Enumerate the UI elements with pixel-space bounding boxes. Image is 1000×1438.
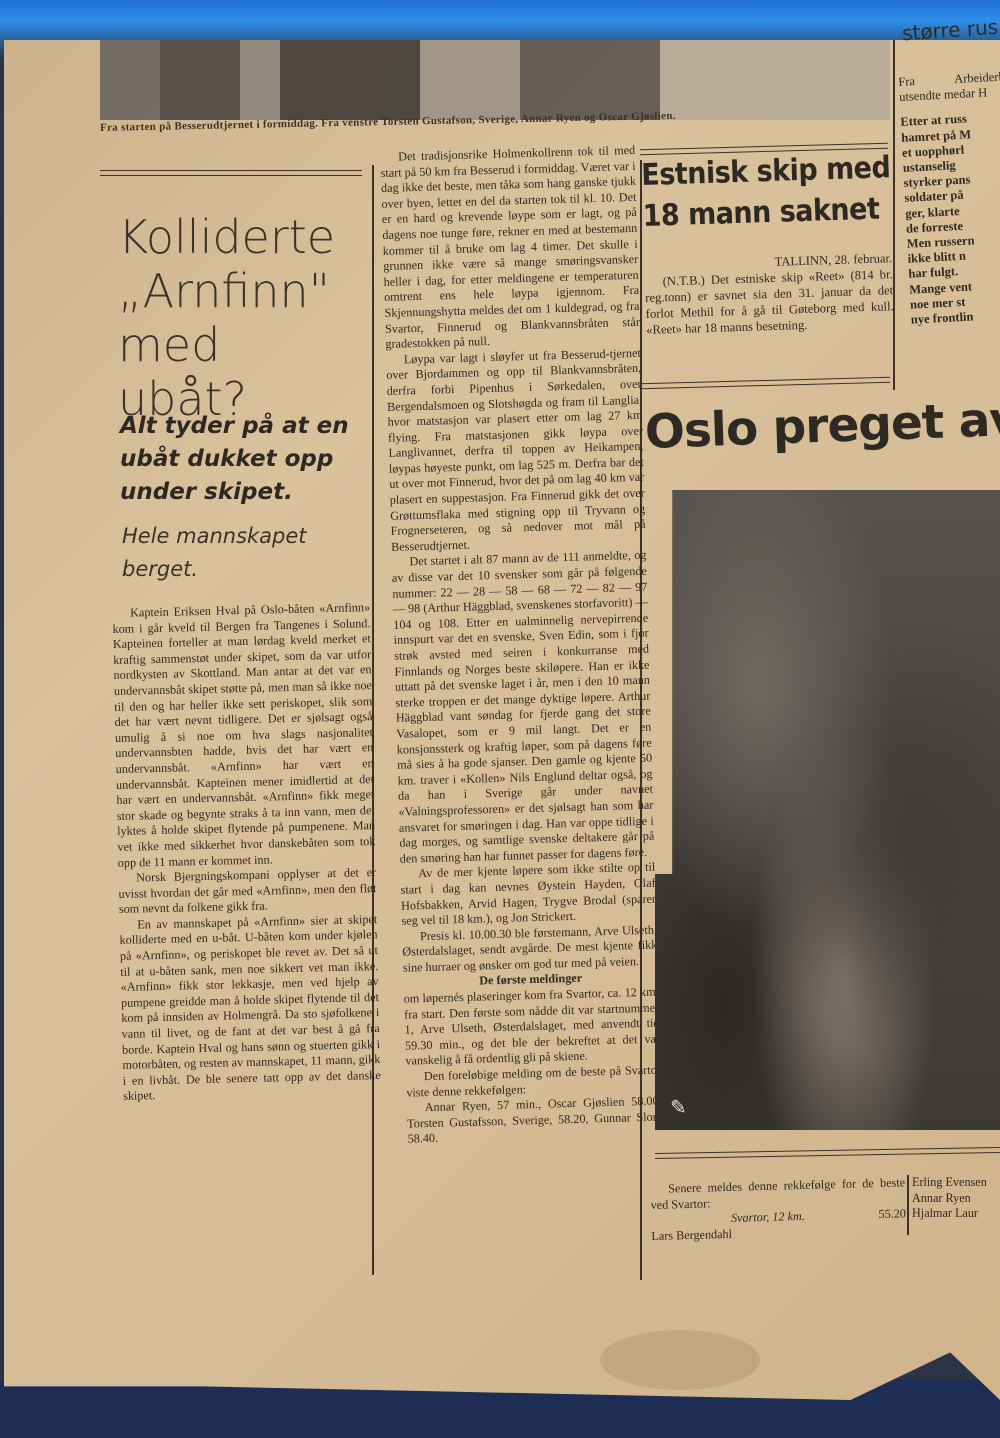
column-rule bbox=[907, 1175, 909, 1235]
article-right-top: Fra Arbeiderbl utsendte medar H Etter at… bbox=[898, 69, 1000, 328]
result-line: Hjalmar Laur bbox=[912, 1206, 1000, 1222]
subheadline-line: Alt tyder på at en bbox=[120, 410, 370, 443]
paragraph: Det tradisjonsrike Holmenkollrenn tok ti… bbox=[380, 143, 641, 353]
headline-line: „Arnfinn" bbox=[118, 264, 358, 318]
paragraph: Løypa var lagt i sløyfer ut fra Besserud… bbox=[386, 346, 647, 556]
paragraph: Norsk Bjergningskompani opplyser at det … bbox=[118, 865, 377, 918]
article-holmenkollrenn-body: Det tradisjonsrike Holmenkollrenn tok ti… bbox=[380, 143, 663, 1148]
paragraph: om løpernés plaseringer kom fra Svartor,… bbox=[404, 985, 661, 1070]
photographer-mark-icon: ✎ bbox=[670, 1095, 687, 1120]
paragraph: Presis kl. 10.00.30 ble førstemann, Arve… bbox=[402, 922, 658, 976]
article-estnisk-body: TALLINN, 28. februar. (N.T.B.) Det estni… bbox=[644, 250, 894, 338]
headline-estnisk: Estnisk skip med 18 mann saknet bbox=[641, 147, 893, 237]
paragraph: (N.T.B.) Det estniske skip «Reet» (814 b… bbox=[645, 266, 895, 338]
headline-line: 18 mann saknet bbox=[642, 188, 893, 237]
article-ubat-body: Kaptein Eriksen Hval på Oslo-båten «Arnf… bbox=[112, 600, 381, 1105]
paragraph: En av mannskapet på «Arnfinn» sier at sk… bbox=[119, 912, 381, 1105]
paragraph: Det startet i alt 87 mann av de 111 anme… bbox=[391, 548, 655, 867]
photo-crowd bbox=[655, 490, 1000, 1130]
paragraph: Kaptein Eriksen Hval på Oslo-båten «Arnf… bbox=[112, 600, 376, 871]
result-line: Erling Evensen bbox=[912, 1175, 1000, 1191]
result-line: Annar Ryen bbox=[912, 1191, 1000, 1207]
subsubheadline-line: berget. bbox=[122, 553, 362, 586]
results-box: Senere meldes denne rekkefølge for de be… bbox=[650, 1175, 907, 1244]
subheadline-ubat: Alt tyder på at en ubåt dukket opp under… bbox=[120, 410, 370, 509]
paragraph: Av de mer kjente løpere som ikke stilte … bbox=[400, 860, 657, 929]
byline: Fra Arbeiderbl utsendte medar H bbox=[898, 69, 1000, 105]
subheadline-line: ubåt dukket opp bbox=[120, 443, 370, 476]
paragraph: Annar Ryen, 57 min., Oscar Gjøslien 58.0… bbox=[407, 1094, 663, 1148]
headline-kolliderte: Kolliderte „Arnfinn" med ubåt? bbox=[118, 210, 358, 426]
results-location: Svartor, 12 km. bbox=[731, 1209, 805, 1227]
headline-line: Kolliderte bbox=[118, 210, 358, 264]
column-rule bbox=[893, 40, 895, 390]
results-time: 55.20 bbox=[878, 1207, 906, 1223]
subsubheadline-line: Hele mannskapet bbox=[122, 520, 362, 553]
paper-stain bbox=[600, 1330, 760, 1390]
rule-divider bbox=[100, 170, 362, 176]
subsubheadline-mannskapet: Hele mannskapet berget. bbox=[122, 520, 362, 586]
subheadline-line: under skipet. bbox=[120, 476, 370, 509]
results-right-column: Erling Evensen Annar Ryen Hjalmar Laur bbox=[912, 1175, 1000, 1222]
